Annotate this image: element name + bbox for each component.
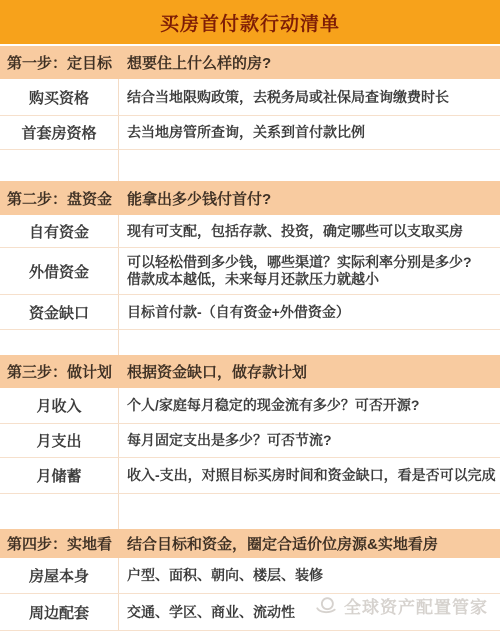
item-label: 首套房资格	[0, 116, 119, 149]
item-label: 月收入	[0, 388, 119, 423]
table-row: 购买资格 结合当地限购政策，去税务局或社保局查询缴费时长	[0, 79, 500, 116]
step-desc: 能拿出多少钱付首付?	[119, 181, 500, 215]
step-desc: 想要住上什么样的房?	[119, 46, 500, 79]
step-label: 第四步：实地看	[0, 529, 119, 558]
item-desc-line2: 借款成本越低，未来每月还款压力就越小	[127, 271, 472, 288]
item-desc: 去当地房管所查询，关系到首付款比例	[119, 116, 500, 149]
step-header-row-4: 第四步：实地看 结合目标和资金，圈定合适价位房源&实地看房	[0, 529, 500, 558]
step-desc: 根据资金缺口，做存款计划	[119, 355, 500, 388]
item-desc: 户型、面积、朝向、楼层、装修	[119, 558, 500, 593]
item-desc: 收入-支出，对照目标买房时间和资金缺口，看是否可以完成	[119, 458, 500, 493]
table-row: 首套房资格 去当地房管所查询，关系到首付款比例	[0, 116, 500, 150]
down-payment-checklist: 买房首付款行动清单 第一步：定目标 想要住上什么样的房? 购买资格 结合当地限购…	[0, 0, 500, 631]
item-desc: 交通、学区、商业、流动性	[119, 594, 500, 630]
item-label: 购买资格	[0, 79, 119, 115]
item-desc: 每月固定支出是多少？可否节流?	[119, 424, 500, 457]
item-label: 月支出	[0, 424, 119, 457]
item-desc: 个人/家庭每月稳定的现金流有多少？可否开源?	[119, 388, 500, 423]
step-header-row-2: 第二步：盘资金 能拿出多少钱付首付?	[0, 181, 500, 215]
item-label: 自有资金	[0, 215, 119, 247]
item-desc-line1: 可以轻松借到多少钱，哪些渠道？实际利率分别是多少?	[127, 254, 472, 271]
table-row: 房屋本身 户型、面积、朝向、楼层、装修	[0, 558, 500, 594]
table-row: 资金缺口 目标首付款-（自有资金+外借资金）	[0, 295, 500, 330]
table-row: 周边配套 交通、学区、商业、流动性	[0, 594, 500, 631]
step-desc: 结合目标和资金，圈定合适价位房源&实地看房	[119, 529, 500, 558]
column-divider	[0, 494, 119, 529]
section-spacer	[0, 494, 500, 529]
table-row: 月储蓄 收入-支出，对照目标买房时间和资金缺口，看是否可以完成	[0, 458, 500, 494]
table-row: 月支出 每月固定支出是多少？可否节流?	[0, 424, 500, 458]
section-spacer	[0, 150, 500, 181]
table-row: 月收入 个人/家庭每月稳定的现金流有多少？可否开源?	[0, 388, 500, 424]
item-label: 月储蓄	[0, 458, 119, 493]
step-header-row-1: 第一步：定目标 想要住上什么样的房?	[0, 46, 500, 79]
item-label: 外借资金	[0, 248, 119, 294]
step-label: 第三步：做计划	[0, 355, 119, 388]
step-header-row-3: 第三步：做计划 根据资金缺口，做存款计划	[0, 355, 500, 388]
column-divider	[0, 150, 119, 181]
item-desc: 目标首付款-（自有资金+外借资金）	[119, 295, 500, 329]
column-divider	[0, 330, 119, 355]
step-label: 第二步：盘资金	[0, 181, 119, 215]
page-title: 买房首付款行动清单	[0, 0, 500, 44]
item-label: 房屋本身	[0, 558, 119, 593]
item-desc: 现有可支配，包括存款、投资，确定哪些可以支取买房	[119, 215, 500, 247]
section-spacer	[0, 330, 500, 355]
item-desc: 结合当地限购政策，去税务局或社保局查询缴费时长	[119, 79, 500, 115]
item-desc: 可以轻松借到多少钱，哪些渠道？实际利率分别是多少? 借款成本越低，未来每月还款压…	[119, 248, 500, 294]
item-label: 资金缺口	[0, 295, 119, 329]
table-row: 外借资金 可以轻松借到多少钱，哪些渠道？实际利率分别是多少? 借款成本越低，未来…	[0, 248, 500, 295]
step-label: 第一步：定目标	[0, 46, 119, 79]
table-row: 自有资金 现有可支配，包括存款、投资，确定哪些可以支取买房	[0, 215, 500, 248]
item-label: 周边配套	[0, 594, 119, 630]
